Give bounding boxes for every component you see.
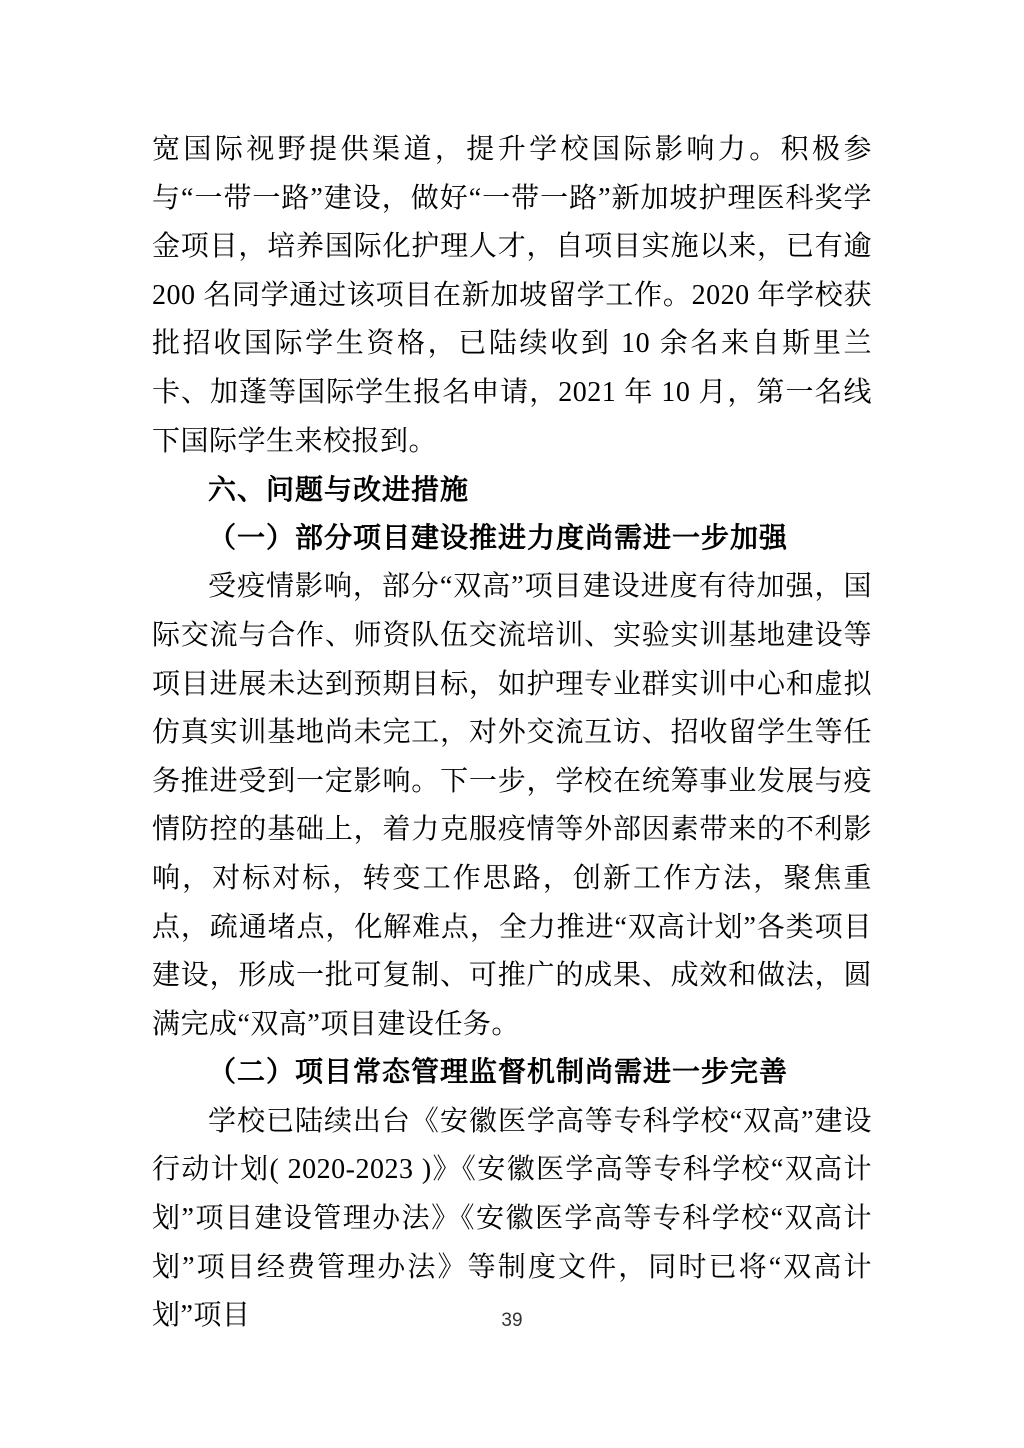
- paragraph-management-systems: 学校已陆续出台《安徽医学高等专科学校“双高”建设行动计划( 2020-2023 …: [152, 1098, 872, 1341]
- page-number: 39: [0, 1310, 1024, 1332]
- document-content: 宽国际视野提供渠道，提升学校国际影响力。积极参与“一带一路”建设，做好“一带一路…: [152, 126, 872, 1341]
- subsection-heading-one: （一）部分项目建设推进力度尚需进一步加强: [152, 515, 872, 564]
- document-page: 宽国际视野提供渠道，提升学校国际影响力。积极参与“一带一路”建设，做好“一带一路…: [0, 0, 1024, 1448]
- section-heading-problems-and-improvements: 六、问题与改进措施: [152, 466, 872, 515]
- paragraph-pandemic-impact: 受疫情影响，部分“双高”项目建设进度有待加强，国际交流与合作、师资队伍交流培训、…: [152, 563, 872, 1049]
- subsection-heading-two: （二）项目常态管理监督机制尚需进一步完善: [152, 1049, 872, 1098]
- paragraph-international-program: 宽国际视野提供渠道，提升学校国际影响力。积极参与“一带一路”建设，做好“一带一路…: [152, 126, 872, 466]
